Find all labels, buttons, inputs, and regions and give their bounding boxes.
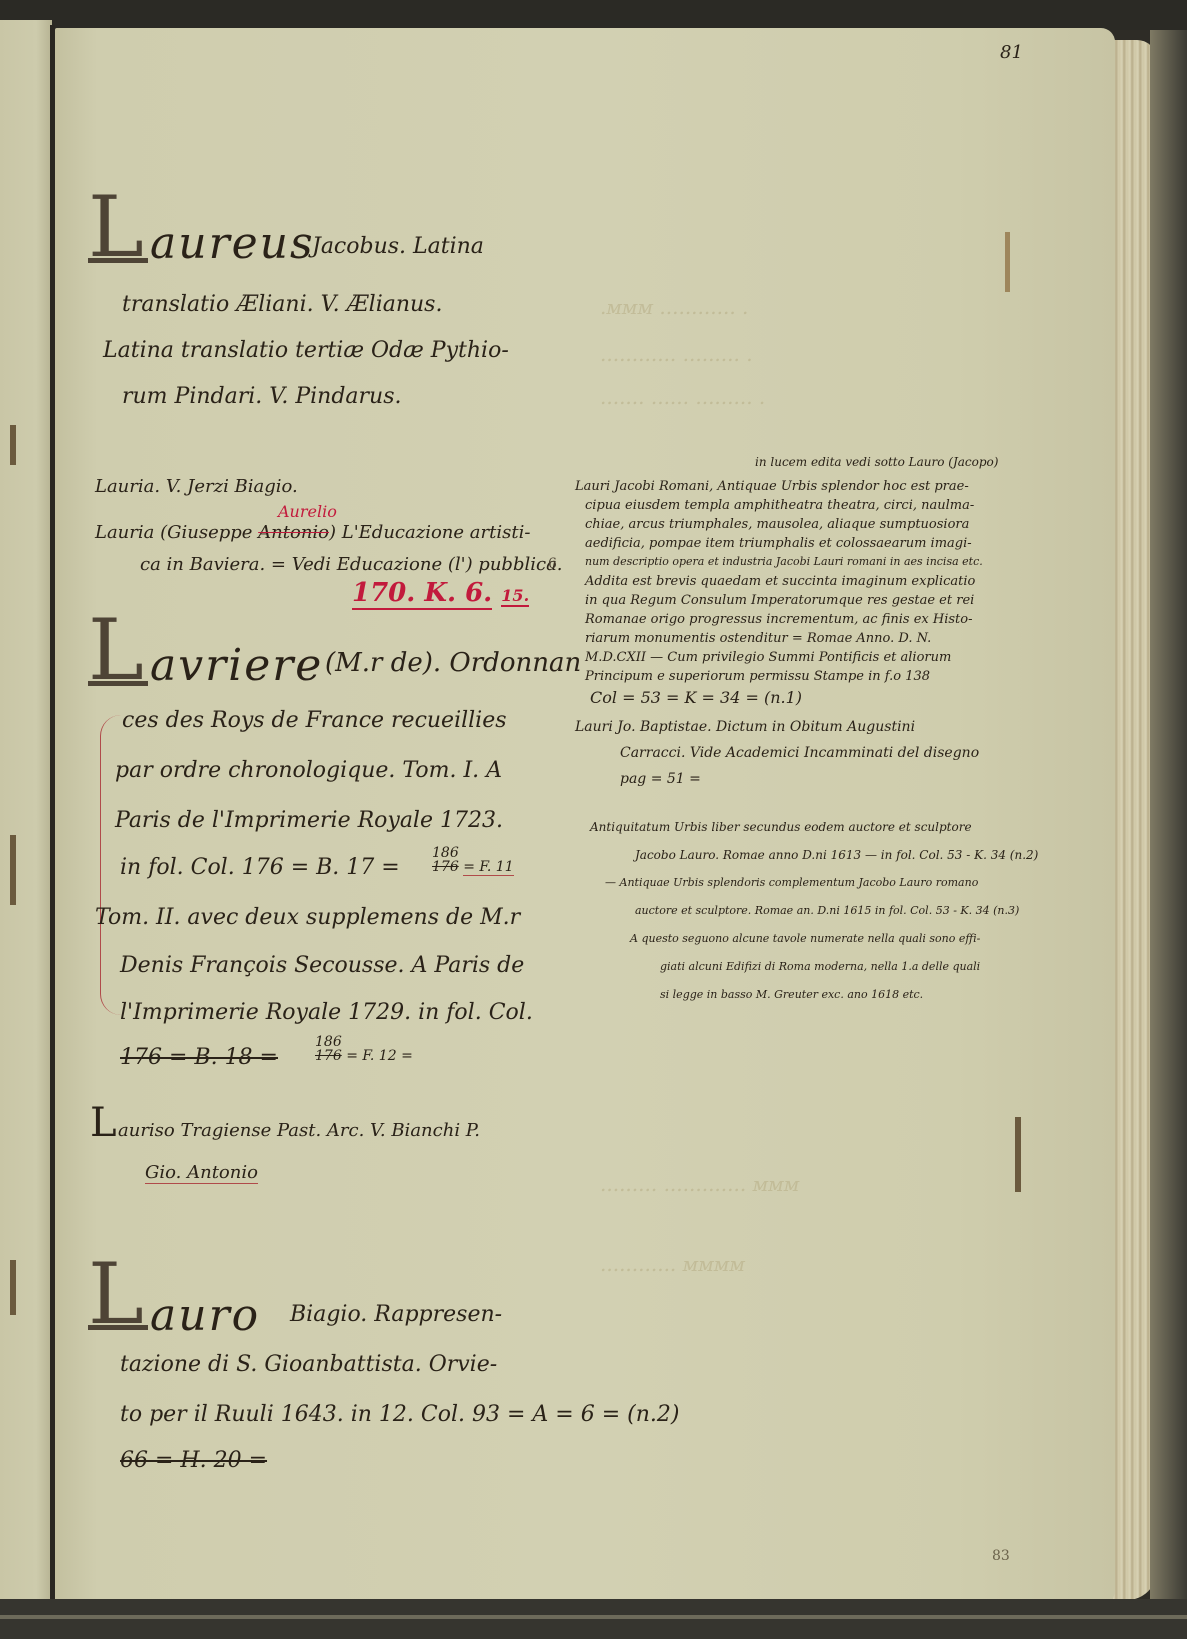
entry-line: Antiquitatum Urbis liber secundus eodem … bbox=[590, 820, 972, 834]
margin-mark bbox=[10, 1260, 16, 1315]
entry-line: M.D.CXII — Cum privilegio Summi Pontific… bbox=[585, 651, 951, 664]
entry-initial: L bbox=[90, 1100, 117, 1146]
name-suffix: ) L'Educazione artisti- bbox=[329, 522, 530, 543]
page-number-bottom: 83 bbox=[992, 1548, 1010, 1564]
entry-heading: avriere bbox=[150, 640, 323, 691]
shelf-correction: 186 176 = F. 11 bbox=[432, 846, 514, 874]
show-through-text: ....... ...... ......... . bbox=[600, 385, 765, 409]
entry-line: 66 = H. 20 = bbox=[120, 1448, 267, 1473]
entry-line: Biagio. Rappresen- bbox=[290, 1302, 502, 1327]
entry-line: Gio. Antonio bbox=[145, 1162, 258, 1184]
entry-line: Latina translatio tertiæ Odæ Pythio- bbox=[103, 338, 509, 363]
entry-line: in qua Regum Consulum Imperatorumque res… bbox=[585, 594, 974, 607]
shelf-correction: 186 176 = F. 12 = bbox=[315, 1035, 413, 1063]
struck-name: Antonio bbox=[258, 522, 329, 543]
margin-mark bbox=[10, 425, 16, 465]
note-top: in lucem edita vedi sotto Lauro (Jacopo) bbox=[755, 455, 998, 469]
entry-line: l'Imprimerie Royale 1729. in fol. Col. bbox=[120, 1000, 533, 1025]
name-prefix: Lauria (Giuseppe bbox=[95, 522, 258, 543]
entry-line: ca in Baviera. = Vedi Educazione (l') pu… bbox=[140, 554, 563, 575]
entry-line: to per il Ruuli 1643. in 12. Col. 93 = A… bbox=[120, 1402, 679, 1427]
entry-line: riarum monumentis ostenditur = Romae Ann… bbox=[585, 632, 931, 645]
entry-initial: L bbox=[88, 1252, 144, 1336]
entry-heading: aureus bbox=[150, 218, 315, 269]
page-number-top: 81 bbox=[1000, 42, 1023, 63]
book-cradle-rail bbox=[0, 1615, 1187, 1619]
entry-line: par ordre chronologique. Tom. I. A bbox=[115, 758, 502, 783]
entry-line: aedificia, pompae item triumphalis et co… bbox=[585, 537, 972, 550]
entry-line: Carracci. Vide Academici Incamminati del… bbox=[620, 746, 979, 760]
entry-heading: auro bbox=[150, 1290, 260, 1341]
entry-line: si legge in basso M. Greuter exc. ano 16… bbox=[660, 988, 923, 1001]
entry-line: A questo seguono alcune tavole numerate … bbox=[630, 932, 980, 945]
entry-line: — Antiquae Urbis splendoris complementum… bbox=[605, 876, 978, 889]
entry-line: Tom. II. avec deux supplemens de M.r bbox=[95, 905, 520, 930]
entry-line: ces des Roys de France recueillies bbox=[122, 708, 507, 733]
show-through-text: ......... ............. ᴍᴍᴍ bbox=[600, 1172, 799, 1196]
entry-line: rum Pindari. V. Pindarus. bbox=[122, 384, 402, 409]
entry-line: Jacobus. Latina bbox=[312, 234, 484, 259]
red-name-correction: Aurelio bbox=[278, 502, 337, 521]
margin-mark bbox=[10, 835, 16, 905]
entry-line: Romanae origo progressus incrementum, ac… bbox=[585, 613, 972, 626]
entry-line: Jacobo Lauro. Romae anno D.ni 1613 — in … bbox=[635, 848, 1038, 862]
entry-line: Paris de l'Imprimerie Royale 1723. bbox=[115, 808, 503, 833]
entry-line: num descriptio opera et industria Jacobi… bbox=[585, 556, 983, 567]
margin-mark bbox=[1005, 232, 1010, 292]
entry-line: auctore et sculptore. Romae an. D.ni 161… bbox=[635, 904, 1019, 917]
background-right bbox=[1150, 30, 1187, 1610]
entry-initial: L bbox=[88, 608, 144, 692]
show-through-text: ............ ᴍᴍᴍᴍ bbox=[600, 1252, 745, 1276]
red-shelfmark: 170. K. 6. 15. bbox=[352, 578, 529, 608]
entry-lauria-biagio: Lauria. V. Jerzi Biagio. bbox=[95, 476, 298, 497]
background-top bbox=[0, 0, 1187, 30]
entry-line: Principum e superiorum permissu Stampe i… bbox=[585, 670, 930, 683]
entry-line: 176 = B. 18 = bbox=[120, 1045, 278, 1070]
show-through-text: .ᴍᴍᴍ ............ . bbox=[600, 295, 748, 319]
entry-line: Lauri Jacobi Romani, Antiquae Urbis sple… bbox=[575, 480, 969, 493]
entry-heading-suffix: (M.r de). Ordonnan bbox=[325, 648, 581, 678]
entry-line: in fol. Col. 176 = B. 17 = bbox=[120, 855, 400, 880]
manuscript-photo: 81 83 .ᴍᴍᴍ ............ . ............ .… bbox=[0, 0, 1187, 1639]
entry-line: chiae, arcus triumphales, mausolea, alia… bbox=[585, 518, 969, 531]
margin-mark bbox=[1015, 1117, 1021, 1192]
margin-number: 6 bbox=[548, 556, 557, 572]
entry-line: auriso Tragiense Past. Arc. V. Bianchi P… bbox=[118, 1120, 480, 1141]
entry-line: translatio Æliani. V. Ælianus. bbox=[122, 292, 442, 317]
entry-line: pag = 51 = bbox=[620, 772, 701, 786]
entry-line: Col = 53 = K = 34 = (n.1) bbox=[590, 688, 802, 707]
entry-initial: L bbox=[88, 185, 144, 269]
entry-line: Denis François Secousse. A Paris de bbox=[120, 953, 524, 978]
entry-line: Lauri Jo. Baptistae. Dictum in Obitum Au… bbox=[575, 720, 915, 734]
background-bottom bbox=[0, 1599, 1187, 1639]
facing-left-page bbox=[0, 20, 52, 1620]
entry-line: cipua eiusdem templa amphitheatra theatr… bbox=[585, 499, 974, 512]
entry-line: tazione di S. Gioanbattista. Orvie- bbox=[120, 1352, 497, 1377]
entry-line: giati alcuni Edifizi di Roma moderna, ne… bbox=[660, 960, 980, 973]
show-through-text: ............ ......... . bbox=[600, 342, 753, 366]
entry-line: Addita est brevis quaedam et succinta im… bbox=[585, 575, 975, 588]
entry-line: Lauria (Giuseppe Antonio) L'Educazione a… bbox=[95, 522, 530, 543]
